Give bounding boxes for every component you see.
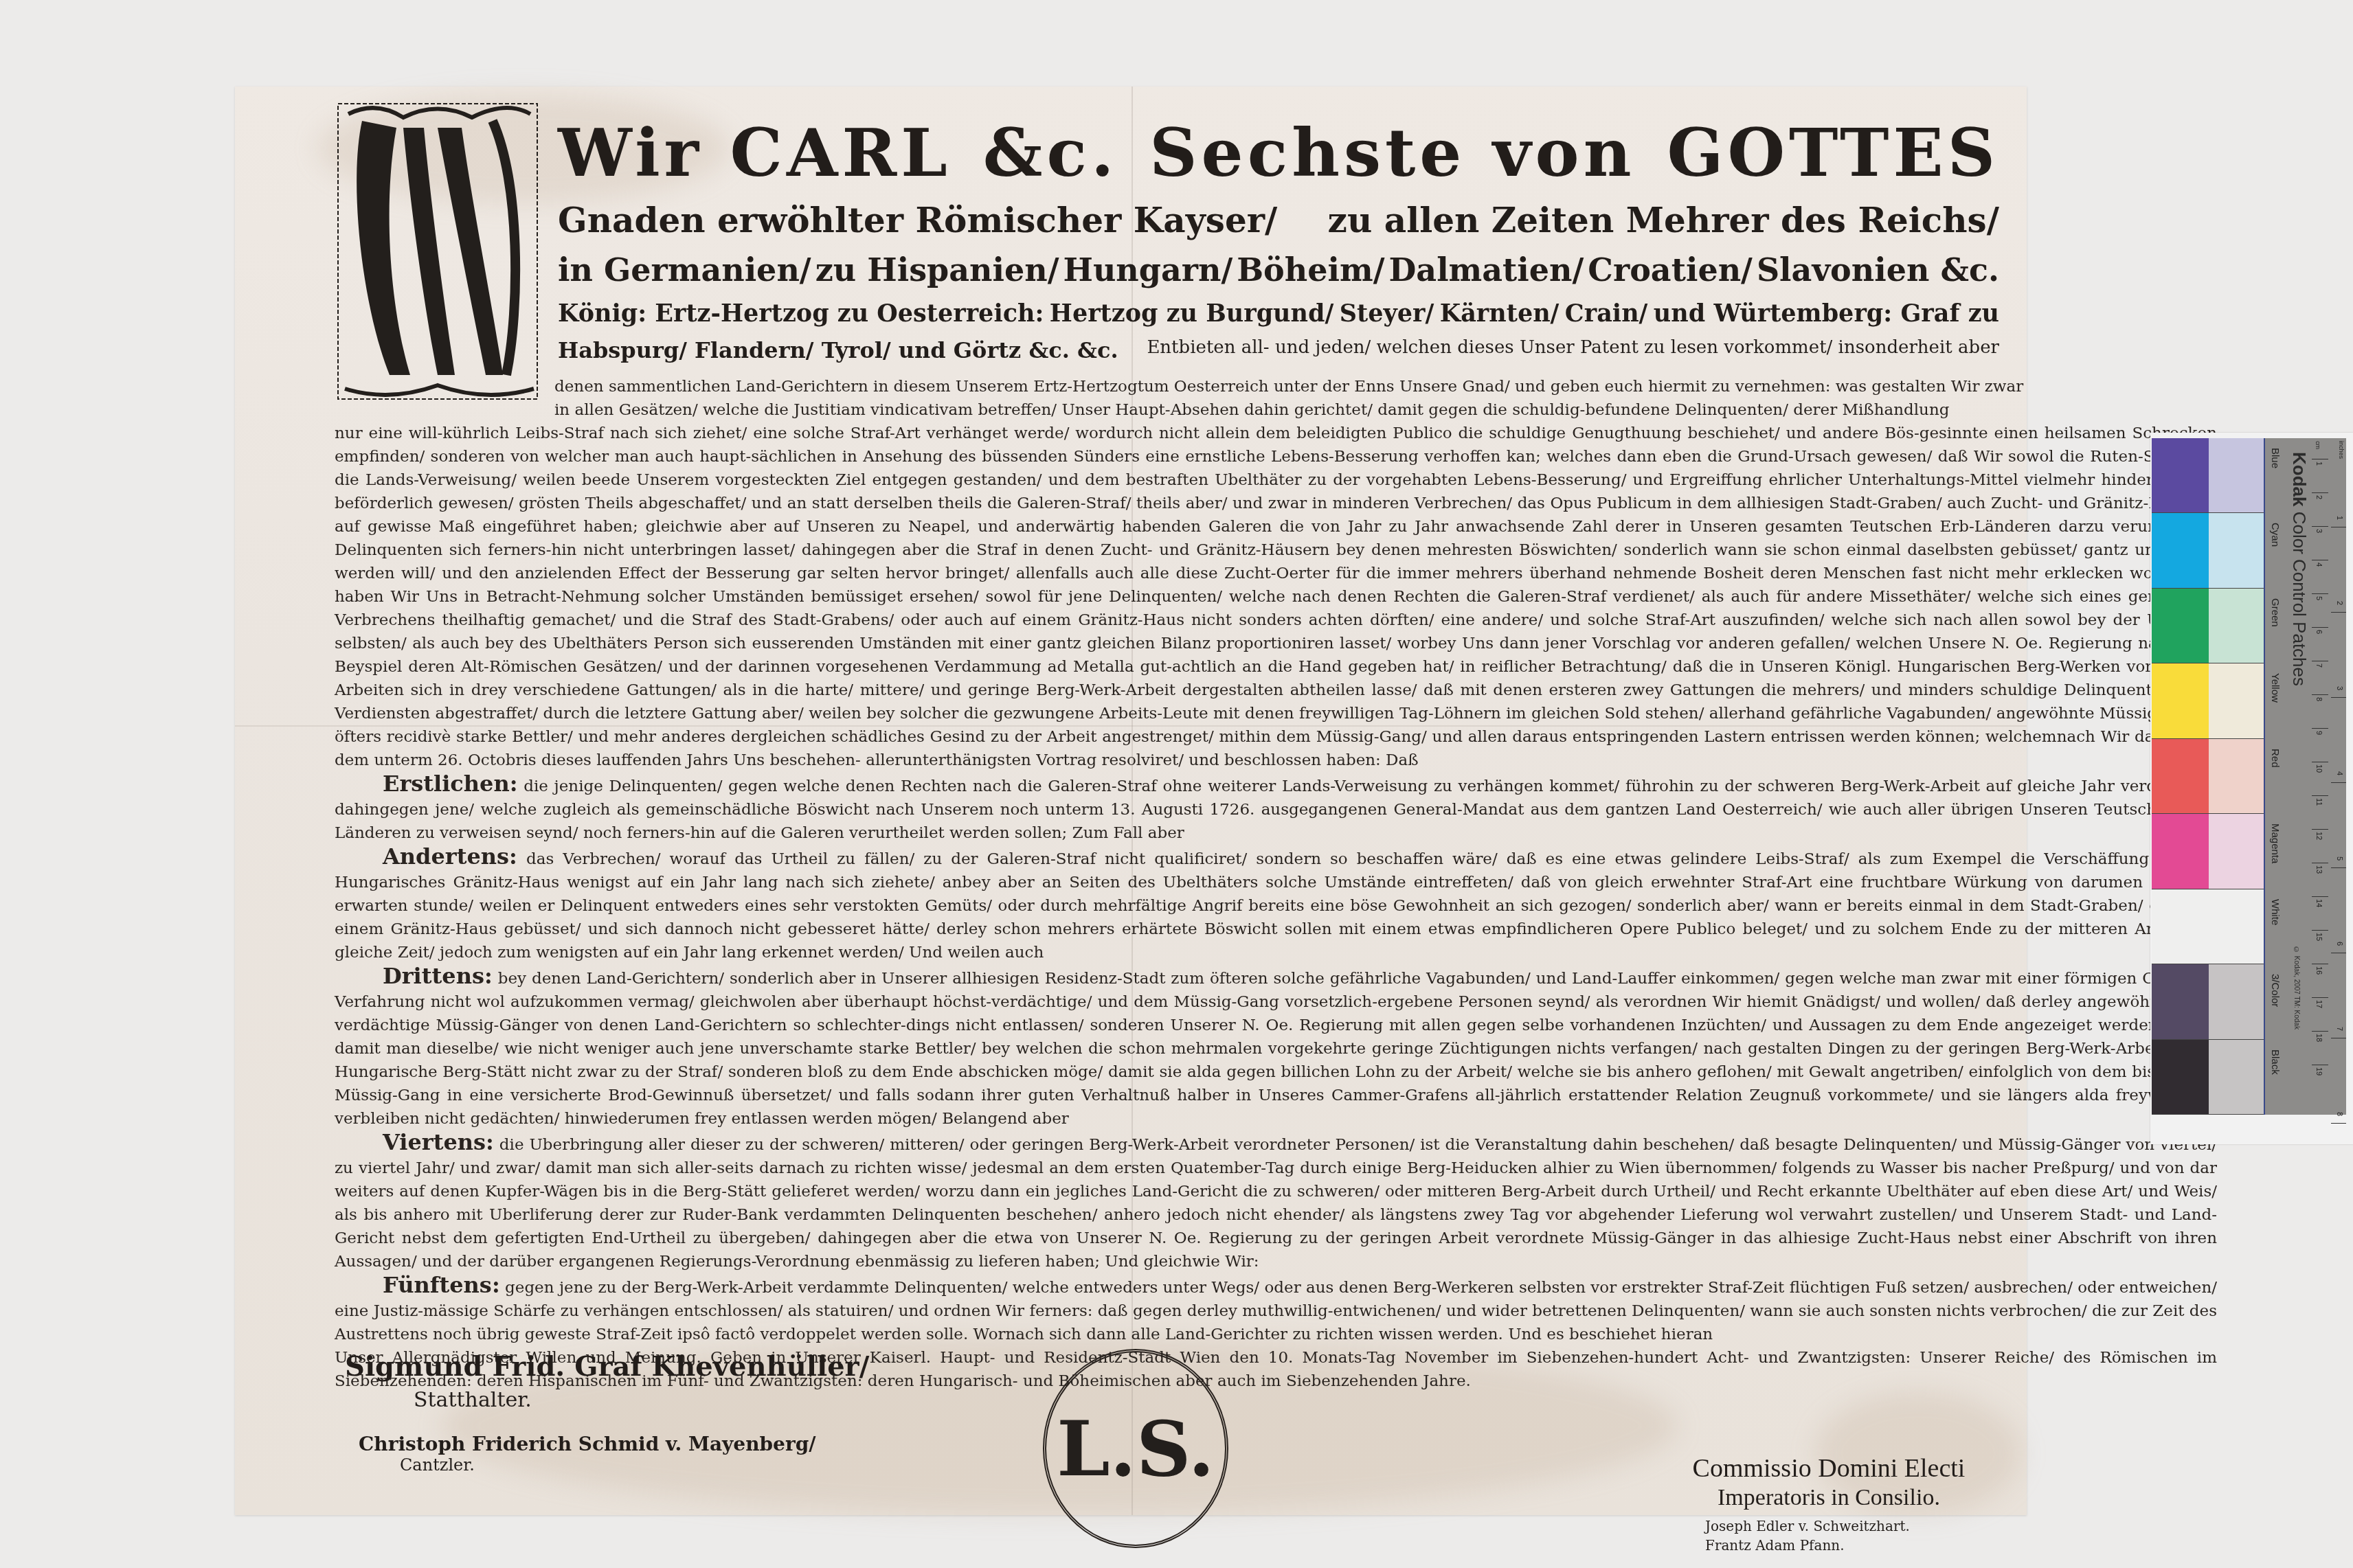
kodak-color-target: BlueCyanGreenYellowRedMagentaWhite3/Colo… <box>2150 433 2353 1144</box>
section-text: die jenige Delinquenten/ gegen welche de… <box>335 777 2217 842</box>
cm-label: 5 <box>2315 596 2323 600</box>
section-text: bey denen Land-Gerichtern/ sonderlich ab… <box>335 970 2217 1128</box>
patch-red <box>2152 739 2265 814</box>
decorated-initial-w <box>335 100 541 402</box>
patch-swatch <box>2209 438 2266 512</box>
title-line-1: Wir CARL &c. Sechste von GOTTES <box>558 114 1999 192</box>
section-fourth: Viertens: die Uberbringung aller dieser … <box>335 1130 2217 1273</box>
signatory-name: Sigmund Frid. Graf Khevenhüller/ <box>345 1350 869 1383</box>
cm-tick <box>2312 627 2328 628</box>
inch-tick <box>2331 1123 2346 1124</box>
title-text: Slavonien &c. <box>1757 251 1999 288</box>
title-text: Gnaden erwöhlter Römischer Kayser/ <box>558 200 1277 240</box>
section-heading: Fünftens: <box>335 1272 500 1298</box>
cm-label: 9 <box>2315 731 2323 735</box>
cm-label: 17 <box>2315 1000 2323 1008</box>
kodak-copyright: © Kodak, 2007 TM: Kodak <box>2293 946 2300 1030</box>
left-signature-block: Sigmund Frid. Graf Khevenhüller/ Stattha… <box>345 1350 869 1475</box>
patch-swatch <box>2209 1040 2266 1114</box>
title-line-3: in Germanien/ zu Hispanien/ Hungarn/ Böh… <box>558 251 1999 288</box>
title-text: Crain/ <box>1565 299 1648 328</box>
section-text: gegen jene zu der Berg-Werk-Arbeit verda… <box>335 1279 2217 1343</box>
signatory-name: Christoph Friderich Schmid v. Mayenberg/ <box>359 1433 869 1455</box>
patch-label: 3/Color <box>2269 974 2281 1007</box>
patch-label: White <box>2269 899 2281 925</box>
section-text: die Uberbringung aller dieser zu der sch… <box>335 1136 2217 1271</box>
right-signature-block: Commissio Domini Electi Imperatoris in C… <box>1657 1453 2001 1554</box>
patch-swatch <box>2209 663 2266 738</box>
cm-label: 12 <box>2315 832 2323 840</box>
inch-label: 5 <box>2335 856 2343 861</box>
patch-swatch <box>2209 739 2266 813</box>
cm-tick <box>2312 1065 2328 1065</box>
inch-label: 2 <box>2335 601 2343 605</box>
section-heading: Drittens: <box>335 963 493 989</box>
patch-swatch <box>2152 513 2209 587</box>
title-text: Entbieten all- und jeden/ welchen dieses… <box>1147 337 1999 363</box>
signatory-title: Cantzler. <box>400 1455 869 1475</box>
title-text: Dalmatien/ <box>1388 251 1584 288</box>
title-text: in Germanien/ <box>558 251 811 288</box>
cm-tick <box>2312 762 2328 762</box>
cm-label: 4 <box>2315 563 2323 567</box>
title-text: Habspurg/ Flandern/ Tyrol/ und Görtz &c.… <box>558 337 1118 363</box>
patch-3-color <box>2152 964 2265 1039</box>
patch-label: Green <box>2269 598 2281 627</box>
cm-unit: cm <box>2315 441 2321 449</box>
signatory-name: Frantz Adam Pfann. <box>1657 1537 2001 1554</box>
title-line-2: Gnaden erwöhlter Römischer Kayser/ zu al… <box>558 200 1999 240</box>
cm-label: 6 <box>2315 630 2323 634</box>
cm-tick <box>2312 997 2328 998</box>
inch-tick <box>2331 697 2346 698</box>
patch-swatch <box>2152 964 2209 1038</box>
intro-line: denen sammentlichen Land-Gerichtern in d… <box>335 375 2217 398</box>
inch-tick <box>2331 1038 2346 1038</box>
cm-tick <box>2312 526 2328 527</box>
patch-cyan <box>2152 513 2265 588</box>
document-sheet: Wir CARL &c. Sechste von GOTTES Gnaden e… <box>235 87 2027 1515</box>
patch-swatch <box>2152 814 2209 888</box>
title-line-5: Habspurg/ Flandern/ Tyrol/ und Görtz &c.… <box>558 337 1999 363</box>
cm-label: 11 <box>2315 798 2323 806</box>
section-heading: Andertens: <box>335 843 517 870</box>
inch-tick <box>2331 527 2346 527</box>
cm-tick <box>2312 930 2328 931</box>
seal-text: L.S. <box>1057 1405 1214 1493</box>
title-text: König: Ertz-Hertzog zu Oesterreich: <box>558 299 1044 328</box>
patch-black <box>2152 1040 2265 1115</box>
commission-line: Commissio Domini Electi <box>1657 1453 2001 1484</box>
patch-white <box>2152 889 2265 964</box>
intro-paragraph: nur eine will-kührlich Leibs-Straf nach … <box>335 422 2217 772</box>
cm-tick <box>2312 661 2328 661</box>
patch-swatch <box>2209 889 2266 964</box>
title-text: Böheim/ <box>1237 251 1384 288</box>
inch-tick <box>2331 867 2346 868</box>
cm-label: 15 <box>2315 933 2323 941</box>
patch-swatch <box>2152 1040 2209 1114</box>
cm-tick <box>2312 1031 2328 1032</box>
patch-label: Black <box>2269 1049 2281 1075</box>
cm-label: 16 <box>2315 966 2323 975</box>
kodak-title: Kodak Color Control Patches <box>2288 452 2310 686</box>
patch-swatch <box>2152 663 2209 738</box>
cm-tick <box>2312 896 2328 897</box>
kodak-product: Color Control Patches <box>2289 512 2310 686</box>
commission-line: Imperatoris in Consilio. <box>1657 1485 2001 1511</box>
cm-label: 1 <box>2315 462 2323 466</box>
inch-tick <box>2331 612 2346 613</box>
inch-label: 6 <box>2335 942 2343 946</box>
patch-blue <box>2152 438 2265 513</box>
title-text: Steyer/ <box>1340 299 1434 328</box>
kodak-ruler: BlueCyanGreenYellowRedMagentaWhite3/Colo… <box>2264 438 2346 1115</box>
patent-body: denen sammentlichen Land-Gerichtern in d… <box>335 375 2217 1393</box>
patch-labels: BlueCyanGreenYellowRedMagentaWhite3/Colo… <box>2265 438 2286 1115</box>
patch-swatch <box>2152 889 2209 964</box>
title-text: Hertzog zu Burgund/ <box>1050 299 1333 328</box>
inch-label: 3 <box>2335 686 2343 690</box>
cm-tick <box>2312 492 2328 493</box>
title-text: zu allen Zeiten Mehrer des Reichs/ <box>1328 200 1999 240</box>
section-fifth: Fünftens: gegen jene zu der Berg-Werk-Ar… <box>335 1273 2217 1346</box>
patch-label: Red <box>2269 749 2281 768</box>
signatory-name: Joseph Edler v. Schweitzhart. <box>1657 1518 2001 1534</box>
section-third: Drittens: bey denen Land-Gerichtern/ son… <box>335 964 2217 1130</box>
title-text: und Würtemberg: Graf zu <box>1654 299 1999 328</box>
ruler-scale: cm inches 123456789101112131415161718191… <box>2312 438 2346 1115</box>
patch-yellow <box>2152 663 2265 738</box>
inch-label: 1 <box>2335 516 2343 520</box>
inch-label: 7 <box>2335 1027 2343 1031</box>
title-text: Hungarn/ <box>1063 251 1232 288</box>
cm-tick <box>2312 459 2328 459</box>
cm-tick <box>2312 795 2328 796</box>
cm-label: 8 <box>2315 697 2323 701</box>
title-text: Croatien/ <box>1588 251 1753 288</box>
inch-tick <box>2331 953 2346 953</box>
color-patches <box>2152 438 2265 1115</box>
title-text: Kärnten/ <box>1440 299 1560 328</box>
title-line-4: König: Ertz-Hertzog zu Oesterreich: Hert… <box>558 299 1999 328</box>
inch-label: 8 <box>2335 1112 2343 1116</box>
cm-tick <box>2312 829 2328 830</box>
patch-label: Blue <box>2269 448 2281 468</box>
patch-swatch <box>2209 513 2266 587</box>
cm-label: 14 <box>2315 899 2323 907</box>
cm-tick <box>2312 560 2328 560</box>
seal-ls: L.S. <box>1043 1349 1228 1548</box>
cm-tick <box>2312 593 2328 594</box>
patch-label: Yellow <box>2269 673 2281 703</box>
title-text: zu Hispanien/ <box>815 251 1059 288</box>
kodak-brand: Kodak <box>2289 452 2310 506</box>
cm-label: 13 <box>2315 865 2323 874</box>
section-second: Andertens: das Verbrechen/ worauf das Ur… <box>335 845 2217 964</box>
patch-swatch <box>2152 739 2209 813</box>
cm-label: 18 <box>2315 1034 2323 1042</box>
section-heading: Erstlichen: <box>335 771 518 797</box>
patch-green <box>2152 589 2265 663</box>
cm-tick <box>2312 964 2328 964</box>
cm-label: 7 <box>2315 663 2323 668</box>
patch-swatch <box>2209 814 2266 888</box>
patch-swatch <box>2209 964 2266 1038</box>
cm-label: 10 <box>2315 764 2323 773</box>
section-text: das Verbrechen/ worauf das Urtheil zu fä… <box>335 850 2217 962</box>
cm-tick <box>2312 728 2328 729</box>
title-text: Wir CARL <box>558 114 952 192</box>
inch-tick <box>2331 782 2346 783</box>
signatory-title: Statthalter. <box>414 1388 869 1412</box>
patch-swatch <box>2152 589 2209 663</box>
section-heading: Viertens: <box>335 1129 494 1155</box>
cm-label: 3 <box>2315 529 2323 533</box>
patch-swatch <box>2209 589 2266 663</box>
cm-tick <box>2312 694 2328 695</box>
patch-label: Cyan <box>2269 523 2281 547</box>
ornamental-initial-icon <box>335 100 541 402</box>
inch-unit: inches <box>2338 441 2345 459</box>
patch-label: Magenta <box>2269 823 2281 863</box>
cm-tick <box>2312 863 2328 863</box>
patch-magenta <box>2152 814 2265 889</box>
section-first: Erstlichen: die jenige Delinquenten/ geg… <box>335 772 2217 845</box>
patch-swatch <box>2152 438 2209 512</box>
cm-label: 2 <box>2315 495 2323 499</box>
inch-label: 4 <box>2335 771 2343 775</box>
title-text: GOTTES <box>1667 114 1999 192</box>
title-text: &c. <box>983 114 1118 192</box>
title-text: Sechste von <box>1149 114 1635 192</box>
intro-line: in allen Gesätzen/ welche die Justitiam … <box>335 398 2217 422</box>
cm-label: 19 <box>2315 1067 2323 1076</box>
